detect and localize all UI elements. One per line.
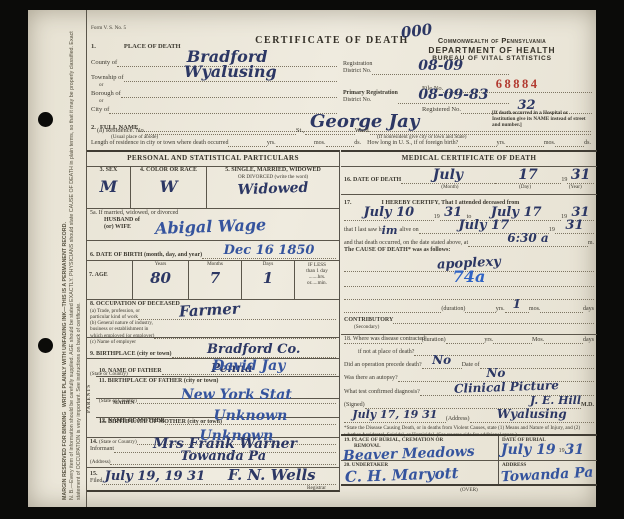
margin-plainly: WRITE PLAINLY WITH UNFADING INK—THIS IS … <box>62 222 68 407</box>
burial-date-value: July 19 <box>501 446 556 455</box>
last-saw-label: that I last saw h <box>344 227 382 234</box>
age-months-field: Months 7 <box>189 261 242 299</box>
father-birthplace-field: 11. BIRTHPLACE OF FATHER (city or town) … <box>96 376 339 398</box>
physician-signature: J. E. Hill <box>530 397 581 404</box>
him-fill: im <box>382 227 398 234</box>
occupation-value: Farmer <box>179 304 240 317</box>
death-occurred-label: and that death occurred, on the date sta… <box>344 240 468 247</box>
full-name-value: George Jay <box>310 116 419 128</box>
photo-of-death-certificate: { "margin": { "binding": "MARGIN RESERVE… <box>0 0 624 519</box>
father-label: 10. NAME OF FATHER <box>99 368 162 375</box>
undertaker-value: C. H. Maryott <box>345 469 459 483</box>
informant-address-label: (Address) <box>90 459 110 465</box>
punch-hole-top <box>38 112 53 127</box>
last-saw-date: July 17 <box>458 222 509 230</box>
registrar-label: Registrar <box>90 485 336 491</box>
burial-block: 19. PLACE OF BURIAL, CREMATION OR REMOVA… <box>341 434 597 484</box>
spouse-field: 5a. If married, widowed, or divorced HUS… <box>87 208 339 240</box>
cause-code-value: 74a <box>453 272 486 282</box>
ward-label: Ward. <box>355 127 371 135</box>
occupation-field: 8. OCCUPATION OF DECEASED (a) Trade, pro… <box>87 299 339 337</box>
dob-value: Dec 16 1850 <box>224 247 315 255</box>
parents-vertical-label: PARENTS <box>87 359 96 437</box>
section1-number: 1. <box>91 43 96 51</box>
age-less-than-day-note: IF LESS than 1 day .......hrs. or.....mi… <box>295 261 339 299</box>
death-month-value: July <box>433 171 463 180</box>
sex-race-marital-row: 3. SEX M 4. COLOR OR RACE W 5. SINGLE, M… <box>87 166 339 208</box>
filed-date-value: July 19, 19 31 <box>105 473 205 481</box>
primary-registration-label-1: Primary Registration <box>343 90 398 97</box>
marital-value: Widowed <box>207 183 339 197</box>
binding-margin-text: MARGIN RESERVED FOR BINDING WRITE PLAINL… <box>62 24 83 500</box>
primary-district-value: 08-09-83 <box>418 91 488 100</box>
age-months-value: 7 <box>189 274 241 284</box>
duration-mos-label: mos. <box>529 306 541 313</box>
personal-section-title: PERSONAL AND STATISTICAL PARTICULARS <box>87 152 339 166</box>
day-caption: (Day) <box>494 184 557 190</box>
agency-line1: Commonwealth of Pennsylvania <box>390 36 594 45</box>
father-value: David Jay <box>212 362 285 371</box>
time-m-label: m. <box>588 240 594 247</box>
father-name-field: 10. NAME OF FATHER David Jay <box>96 359 339 376</box>
duration-line: (duration) yrs. 1 mos. days <box>344 300 594 313</box>
last-saw-year: 31 <box>565 222 583 230</box>
signed-date-address-line: July 17, 19 31 (Address) Wyalusing <box>344 409 594 423</box>
duration-months-value: 1 <box>513 301 521 309</box>
contributory-days-label: days <box>583 337 594 344</box>
attended-to-value: July 17 <box>491 209 542 217</box>
sex-field: 3. SEX M <box>87 167 131 208</box>
undertaker-address-value: Towanda Pa <box>501 469 594 483</box>
informant-number: 14. <box>90 439 114 446</box>
age-days-field: Days 1 <box>242 261 295 299</box>
dob-label: 6. DATE OF BIRTH (month, day, and year) <box>90 252 202 259</box>
attended-from-value: July 10 <box>364 209 415 217</box>
registration-label-2: District No. <box>343 68 372 75</box>
date-of-death-field: 16. DATE OF DEATH July 17 19 31 (Month) … <box>341 166 597 194</box>
attended-from-year: 31 <box>444 209 462 217</box>
burial-date-field: DATE OF BURIAL July 19 19 31 <box>499 436 597 460</box>
death-time-value: 6:30 a <box>507 235 548 243</box>
informant-field: 14. Informant Mrs Frank Warner (Address)… <box>87 437 339 467</box>
age-label: 7. AGE <box>89 272 108 278</box>
yrs-label-2: yrs. <box>497 140 506 147</box>
filed-field: 15. Filed July 19, 19 31 F. N. Wells Reg… <box>87 467 339 495</box>
margin-binding: MARGIN RESERVED FOR BINDING <box>62 412 68 501</box>
if-not-at-place-label: if not at place of death? <box>358 349 414 356</box>
filed-number: 15. <box>90 471 102 478</box>
sex-label: 3. SEX <box>87 167 130 174</box>
mother-value: Unknown <box>213 412 287 421</box>
mos-label: mos. <box>314 140 326 147</box>
length-label: Length of residence in city or town wher… <box>91 140 228 147</box>
contributory-line: CONTRIBUTORY <box>344 313 594 324</box>
township-value: Wyalusing <box>184 67 277 77</box>
personal-particulars-column: PERSONAL AND STATISTICAL PARTICULARS 3. … <box>87 150 340 492</box>
marital-field: 5. SINGLE, MARRIED, WIDOWED OR DIVORCED … <box>207 167 339 208</box>
age-years-value: 80 <box>133 274 188 284</box>
duration-days-label: days <box>583 306 594 313</box>
registration-block: Registration District No. 08-09 Primary … <box>343 56 509 104</box>
age-years-field: Years 80 <box>133 261 189 299</box>
certification-block: 17. I HEREBY CERTIFY, That I attended de… <box>341 194 597 334</box>
street-label: St., <box>296 127 305 135</box>
autopsy-label: Was there an autopsy? <box>344 375 398 382</box>
primary-district-field: Primary Registration District No. 08-09-… <box>343 85 509 104</box>
age-days-value: 1 <box>242 274 294 284</box>
ds-label-2: ds. <box>584 140 591 147</box>
agency-line2: DEPARTMENT OF HEALTH <box>390 45 594 55</box>
operation-answer: No <box>432 357 451 365</box>
sex-value: M <box>87 182 130 192</box>
birthplace-label: 9. BIRTHPLACE (city or town) <box>90 351 172 358</box>
contributory-label: CONTRIBUTORY <box>344 317 393 324</box>
attended-to-year: 31 <box>571 209 589 217</box>
contributory-duration-label: (duration) <box>422 337 446 344</box>
margin-nb: N. B.—Every item of information should b… <box>69 31 82 500</box>
signed-address-value: Wyalusing <box>497 411 567 419</box>
age-years-label: Years <box>133 261 188 267</box>
death-day-value: 17 <box>518 171 537 180</box>
occupation-b3: which employed (or employer) <box>90 333 154 339</box>
signed-address-label: (Address) <box>446 416 470 423</box>
autopsy-answer: No <box>486 370 505 378</box>
contributory-mos-label: Mos. <box>532 337 544 344</box>
race-field: 4. COLOR OR RACE W <box>131 167 207 208</box>
undertaker-address-field: ADDRESS Towanda Pa <box>499 460 597 484</box>
race-value: W <box>131 182 206 192</box>
death-year-value: 31 <box>571 171 590 180</box>
township-field: Township of Wyalusing <box>91 67 337 82</box>
month-caption: (Month) <box>406 184 494 190</box>
year-caption: (Year) <box>556 184 594 190</box>
over-label: (OVER) <box>341 484 597 496</box>
age-months-label: Months <box>189 261 241 267</box>
duration-label: (duration) <box>441 306 465 313</box>
secondary-label: (Secondary) <box>354 324 594 332</box>
age-row: 7. AGE Years 80 Months 7 Days 1 IF LESS … <box>87 260 339 299</box>
county-value: Bradford <box>187 52 268 62</box>
signed-date-value: July 17, 19 31 <box>352 411 437 418</box>
form-number: Form V. S. No. 5 <box>91 25 126 31</box>
date-of-death-label: 16. DATE OF DEATH <box>344 177 401 184</box>
certificate-form: Form V. S. No. 5 CERTIFICATE OF DEATH 00… <box>86 10 596 507</box>
informant-value: Mrs Frank Warner <box>153 440 297 449</box>
section2-number: 2. <box>91 124 96 132</box>
less-note-4: or.....min. <box>295 280 339 286</box>
alive-on-label: alive on <box>400 227 419 234</box>
margin-see: See instructions on back of certificate. <box>76 302 82 391</box>
race-label: 4. COLOR OR RACE <box>131 167 206 174</box>
parents-block: PARENTS 10. NAME OF FATHER David Jay 11.… <box>87 358 339 437</box>
borough-field: Borough of <box>91 88 337 98</box>
undertaker-field: 20. UNDERTAKER C. H. Maryott <box>341 460 498 484</box>
medical-section-title: MEDICAL CERTIFICATE OF DEATH <box>341 150 597 166</box>
test-answer: Clinical Picture <box>454 382 559 393</box>
primary-registration-label-2: District No. <box>343 97 398 104</box>
ds-label: ds. <box>354 140 361 147</box>
filed-label: Filed <box>90 478 102 485</box>
burial-year-value: 31 <box>565 446 584 455</box>
county-label: County of <box>91 59 117 67</box>
township-label: Township of <box>91 74 124 82</box>
registration-district-value: 08-09 <box>418 62 463 71</box>
duration-yrs-label: yrs. <box>496 306 505 313</box>
registration-label-1: Registration <box>343 61 372 68</box>
punch-hole-bottom <box>38 338 53 353</box>
certificate-paper: MARGIN RESERVED FOR BINDING WRITE PLAINL… <box>28 10 596 507</box>
place-of-death-block: 1. PLACE OF DEATH County of Bradford Tow… <box>91 43 337 114</box>
age-days-label: Days <box>242 261 294 267</box>
section18-block: 18. Where was disease contracted if not … <box>341 334 597 434</box>
father-birthplace-label: 11. BIRTHPLACE OF FATHER (city or town) <box>99 378 336 385</box>
medical-certificate-column: MEDICAL CERTIFICATE OF DEATH 16. DATE OF… <box>341 150 597 492</box>
registrar-signature: F. N. Wells <box>228 471 316 481</box>
marital-label-2: OR DIVORCED (write the word) <box>207 174 339 180</box>
yrs-label: yrs. <box>267 140 276 147</box>
age-field: 7. AGE <box>87 261 133 299</box>
date-of-birth-field: 6. DATE OF BIRTH (month, day, and year) … <box>87 240 339 260</box>
registration-district-field: Registration District No. 08-09 <box>343 56 509 75</box>
father-birthplace-value: New York Stat <box>181 391 292 400</box>
length-of-residence-field: Length of residence in city or town wher… <box>91 140 591 147</box>
informant-address-value: Towanda Pa <box>180 453 266 461</box>
contributory-yrs-label: yrs. <box>484 337 493 344</box>
foreign-birth-label: How long in U. S., if of foreign birth? <box>367 140 458 147</box>
spouse-value: Abigal Wage <box>155 220 266 234</box>
birthplace-value: Bradford Co. <box>207 346 300 354</box>
borough-label: Borough of <box>91 90 121 98</box>
burial-place-field: 19. PLACE OF BURIAL, CREMATION OR REMOVA… <box>341 436 498 460</box>
mos-label-2: mos. <box>544 140 556 147</box>
residence-field: (a) Residence. No. St., Ward. <box>97 127 591 135</box>
